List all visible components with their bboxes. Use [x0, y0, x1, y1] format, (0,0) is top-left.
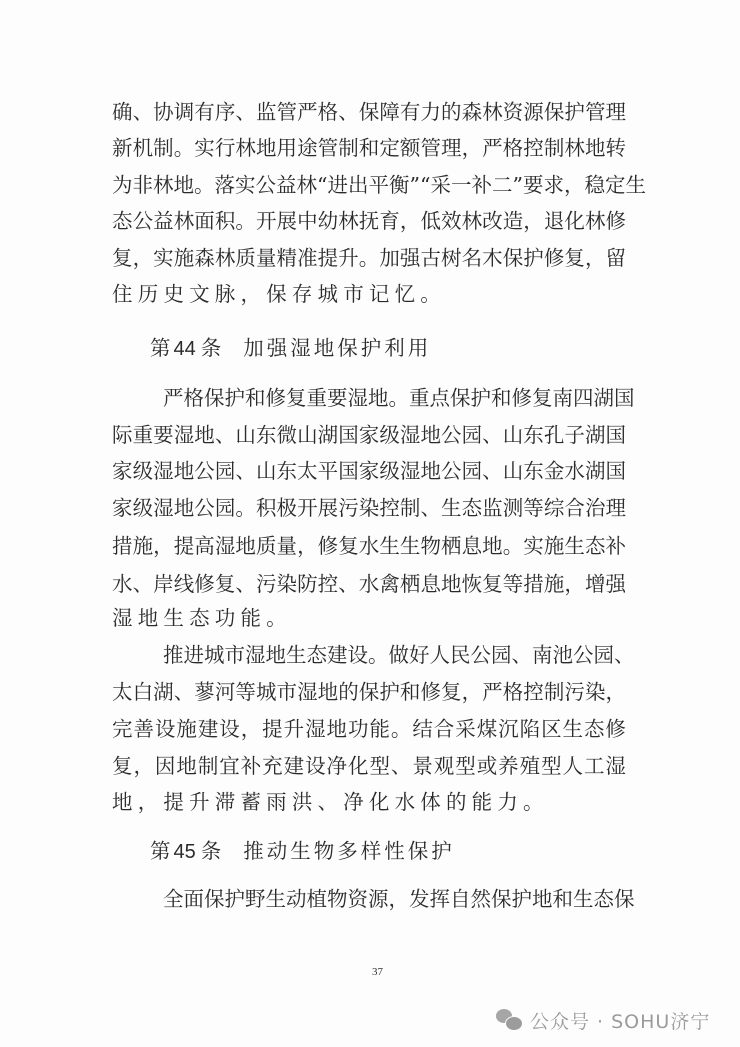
- paragraph-1-line-2: 新机制。实行林地用途管制和定额管理，严格控制林地转: [112, 133, 626, 163]
- paragraph-2-line-6: 水、岸线修复、污染防控、水禽栖息地恢复等措施，增强: [112, 569, 626, 599]
- paragraph-3-line-3: 完善设施建设，提升湿地功能。结合采煤沉陷区生态修: [112, 714, 626, 744]
- paragraph-2-line-5: 措施，提高湿地质量，修复水生生物栖息地。实施生态补: [112, 531, 626, 561]
- article-prefix: 第: [150, 839, 171, 863]
- paragraph-3-line-1: 推进城市湿地生态建设。做好人民公园、南池公园、: [163, 640, 626, 670]
- paragraph-2-line-1: 严格保护和修复重要湿地。重点保护和修复南四湖国: [163, 383, 626, 413]
- paragraph-2-line-4: 家级湿地公园。积极开展污染控制、生态监测等综合治理: [112, 493, 626, 523]
- article-number: 45: [174, 841, 196, 863]
- paragraph-1-line-6: 住历史文脉，保存城市记忆。: [112, 279, 626, 309]
- document-page: 确、协调有序、监管严格、保障有力的森林资源保护管理 新机制。实行林地用途管制和定…: [0, 0, 740, 1047]
- page-number: 37: [372, 966, 383, 978]
- paragraph-1-line-4: 态公益林面积。开展中幼林抚育，低效林改造，退化林修: [112, 206, 626, 236]
- paragraph-1-line-1: 确、协调有序、监管严格、保障有力的森林资源保护管理: [112, 97, 626, 127]
- wechat-icon: [494, 1007, 524, 1033]
- article-title: 推动生物多样性保护: [243, 839, 455, 863]
- article-number: 44: [174, 338, 196, 360]
- paragraph-2-line-2: 际重要湿地、山东微山湖国家级湿地公园、山东孔子湖国: [112, 420, 626, 450]
- paragraph-4-line-1: 全面保护野生动植物资源，发挥自然保护地和生态保: [163, 884, 626, 914]
- watermark: 公众号 · SOHU济宁: [494, 1003, 710, 1037]
- paragraph-1-line-5: 复，实施森林质量精准提升。加强古树名木保护修复，留: [112, 243, 626, 273]
- paragraph-3-line-5: 地，提升滞蓄雨洪、净化水体的能力。: [112, 787, 626, 817]
- watermark-text: 公众号 · SOHU济宁: [530, 1007, 710, 1034]
- paragraph-2-line-3: 家级湿地公园、山东太平国家级湿地公园、山东金水湖国: [112, 456, 626, 486]
- article-suffix: 条: [201, 336, 222, 360]
- paragraph-3-line-2: 太白湖、蓼河等城市湿地的保护和修复，严格控制污染，: [112, 677, 626, 707]
- article-suffix: 条: [201, 839, 222, 863]
- paragraph-1-line-3: 为非林地。落实公益林“进出平衡”“采一补二”要求，稳定生: [112, 170, 626, 200]
- article-prefix: 第: [150, 336, 171, 360]
- article-title: 加强湿地保护利用: [243, 336, 431, 360]
- paragraph-3-line-4: 复，因地制宜补充建设净化型、景观型或养殖型人工湿: [112, 751, 626, 781]
- article-44-heading: 第44条加强湿地保护利用: [150, 333, 431, 363]
- article-45-heading: 第45条推动生物多样性保护: [150, 836, 455, 866]
- paragraph-2-line-7: 湿地生态功能。: [112, 603, 626, 633]
